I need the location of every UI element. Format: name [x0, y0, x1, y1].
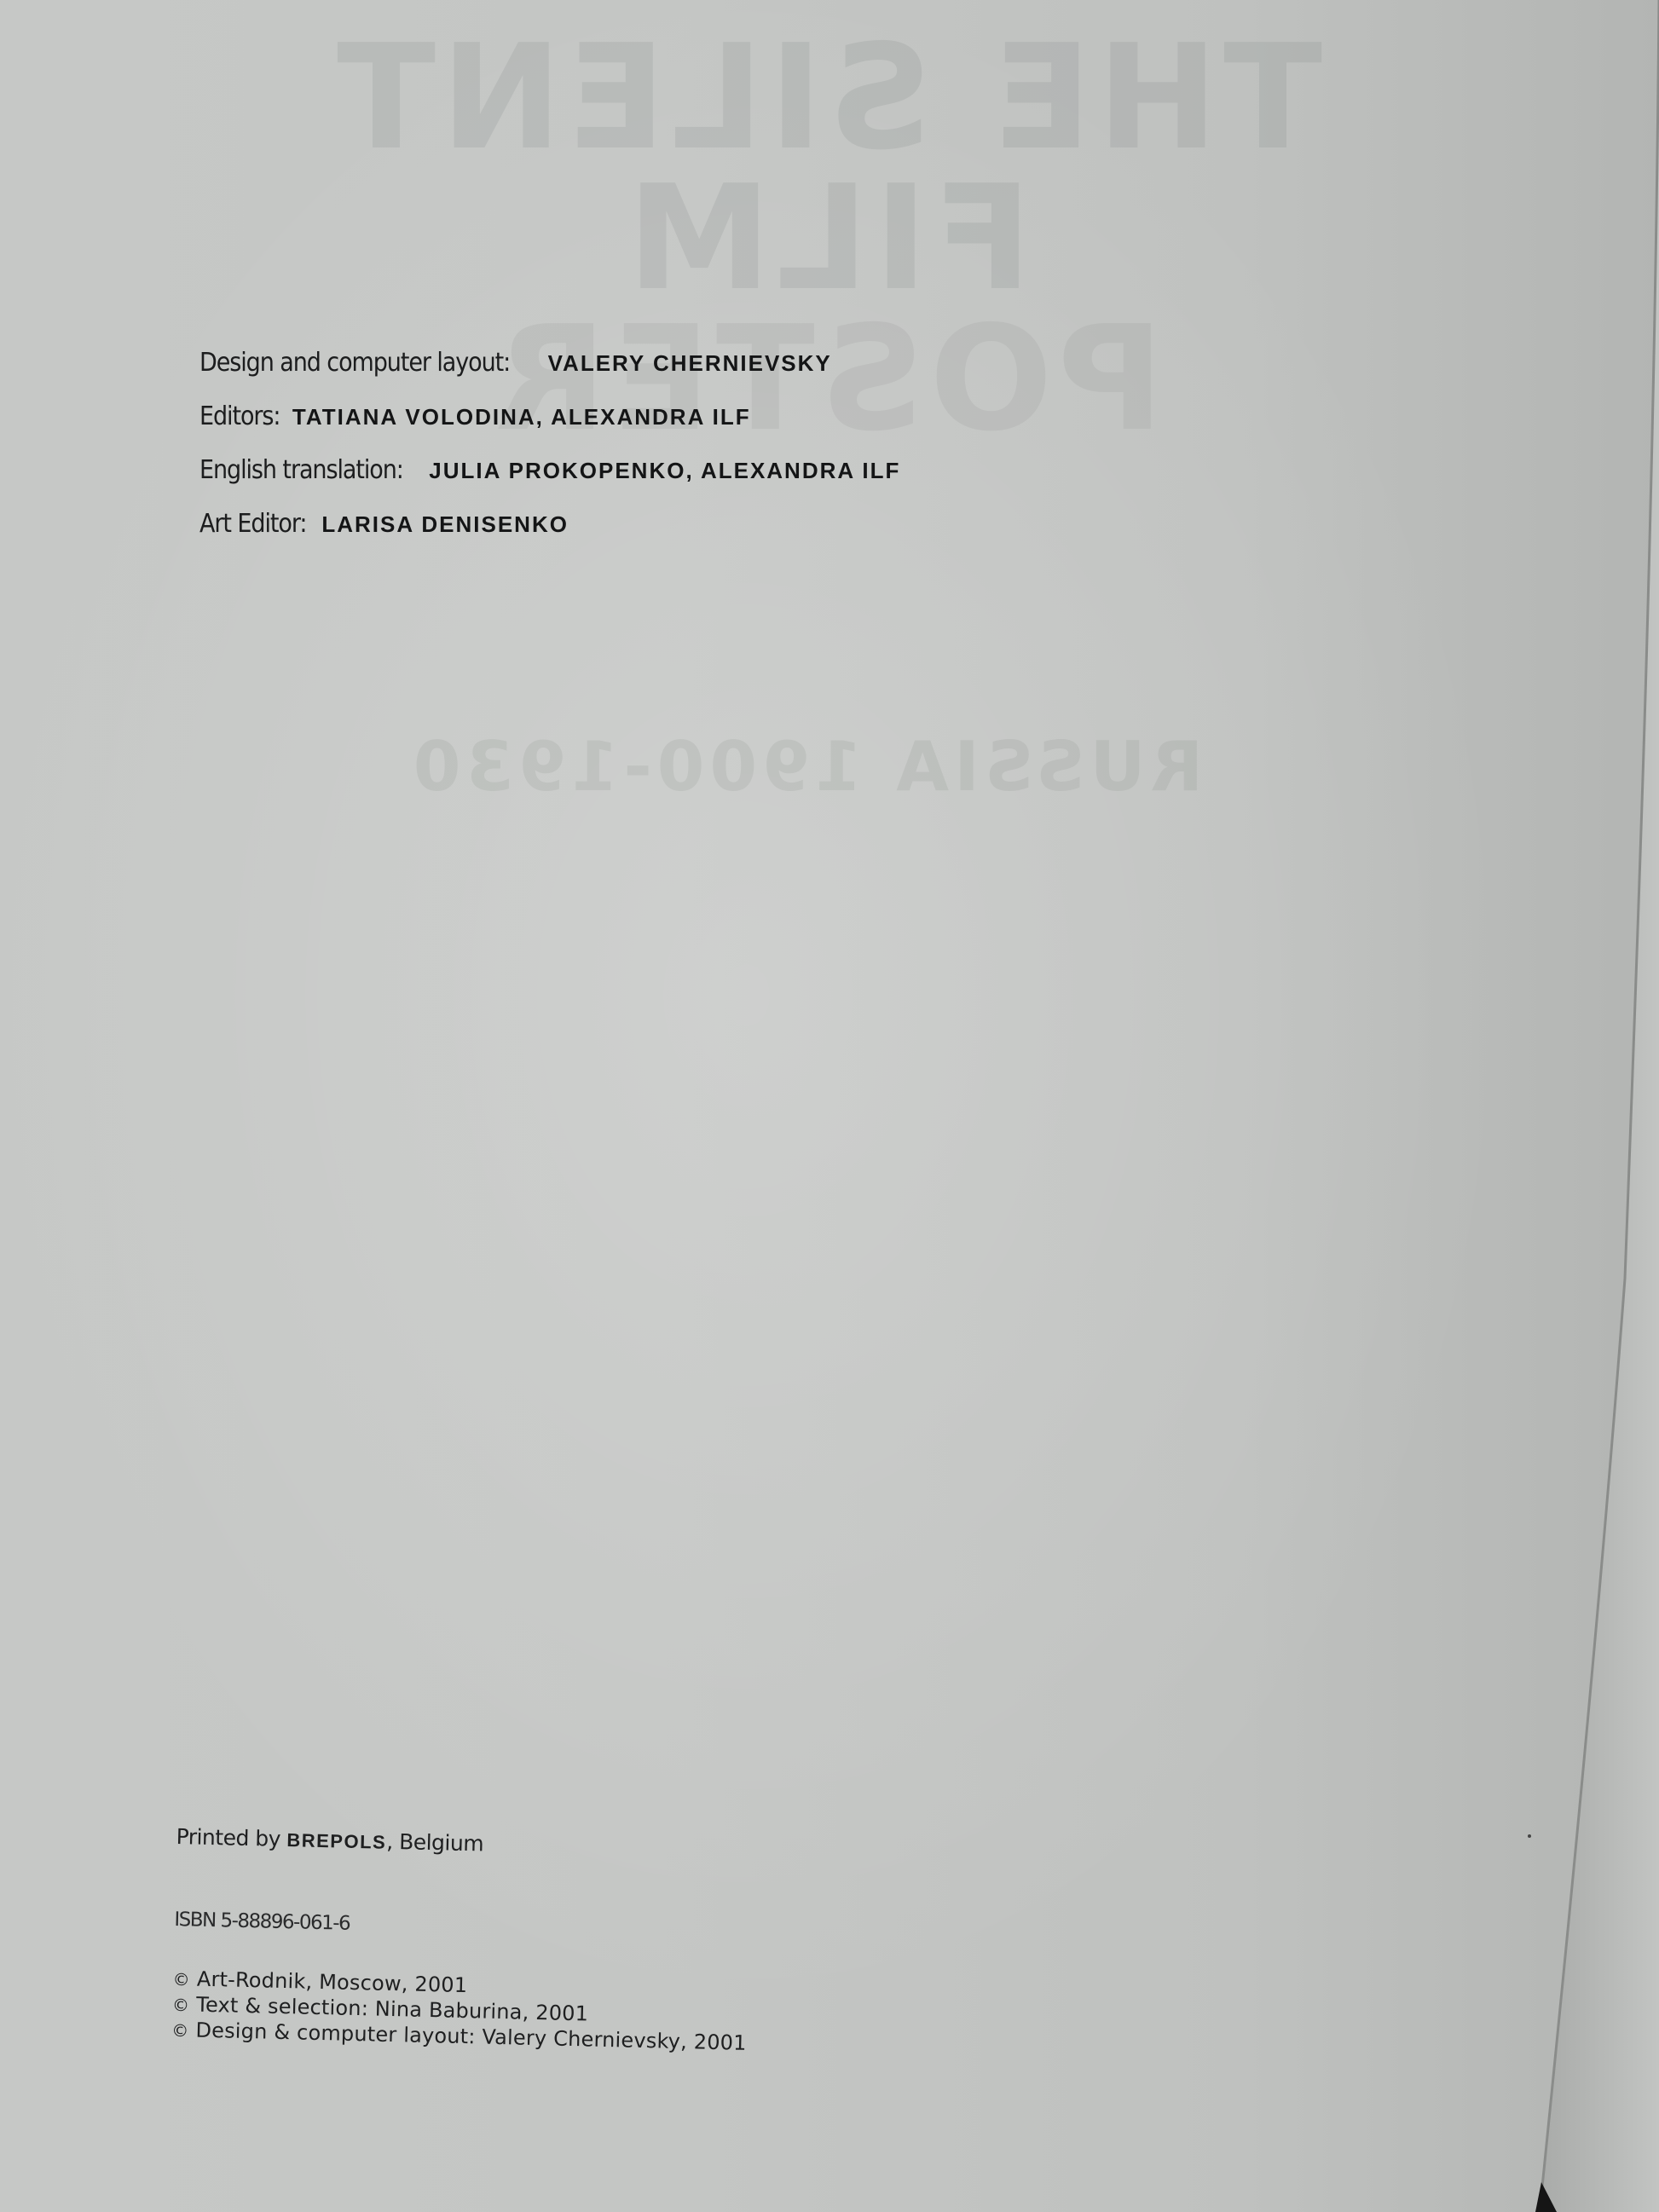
- credit-names: JULIA PROKOPENKO, ALEXANDRA ILF: [429, 458, 900, 484]
- credit-names: VALERY CHERNIEVSKY: [548, 350, 832, 377]
- show-through-subtitle: RUSSIA 1900-1930: [332, 733, 1279, 801]
- credit-design-layout: Design and computer layout: VALERY CHERN…: [199, 348, 900, 401]
- book-page: THE SILENT FILM POSTER RUSSIA 1900-1930 …: [0, 0, 1659, 2212]
- credit-role: English translation:: [199, 455, 403, 485]
- printer-name: BREPOLS: [286, 1829, 386, 1853]
- show-through-title-line-2: FILM: [256, 166, 1398, 311]
- paper-speck: [1528, 1834, 1531, 1838]
- printed-prefix: Printed by: [176, 1824, 280, 1851]
- credit-names: TATIANA VOLODINA, ALEXANDRA ILF: [292, 404, 751, 430]
- credit-names: LARISA DENISENKO: [321, 511, 569, 538]
- copyright-icon: ©: [172, 1995, 190, 2015]
- copyright-icon: ©: [171, 2020, 189, 2041]
- credit-role: Editors:: [199, 401, 280, 431]
- credit-role: Design and computer layout:: [199, 348, 510, 378]
- copyright-icon: ©: [172, 1969, 190, 1990]
- show-through-title-line-1: THE SILENT: [256, 26, 1398, 170]
- printer-line: Printed by BREPOLS, Belgium: [176, 1824, 751, 1863]
- colophon-block: Printed by BREPOLS, Belgium ISBN 5-88896…: [171, 1824, 751, 2057]
- isbn: ISBN 5-88896-061-6: [174, 1909, 749, 1944]
- credit-translation: English translation: JULIA PROKOPENKO, A…: [199, 455, 900, 509]
- printed-suffix: , Belgium: [386, 1829, 484, 1857]
- credit-role: Art Editor:: [199, 509, 306, 539]
- copyright-list: ©Art-Rodnik, Moscow, 2001 ©Text & select…: [171, 1967, 748, 2057]
- credit-editors: Editors: TATIANA VOLODINA, ALEXANDRA ILF: [199, 401, 900, 455]
- credits-block: Design and computer layout: VALERY CHERN…: [199, 348, 900, 563]
- credit-art-editor: Art Editor: LARISA DENISENKO: [199, 509, 900, 563]
